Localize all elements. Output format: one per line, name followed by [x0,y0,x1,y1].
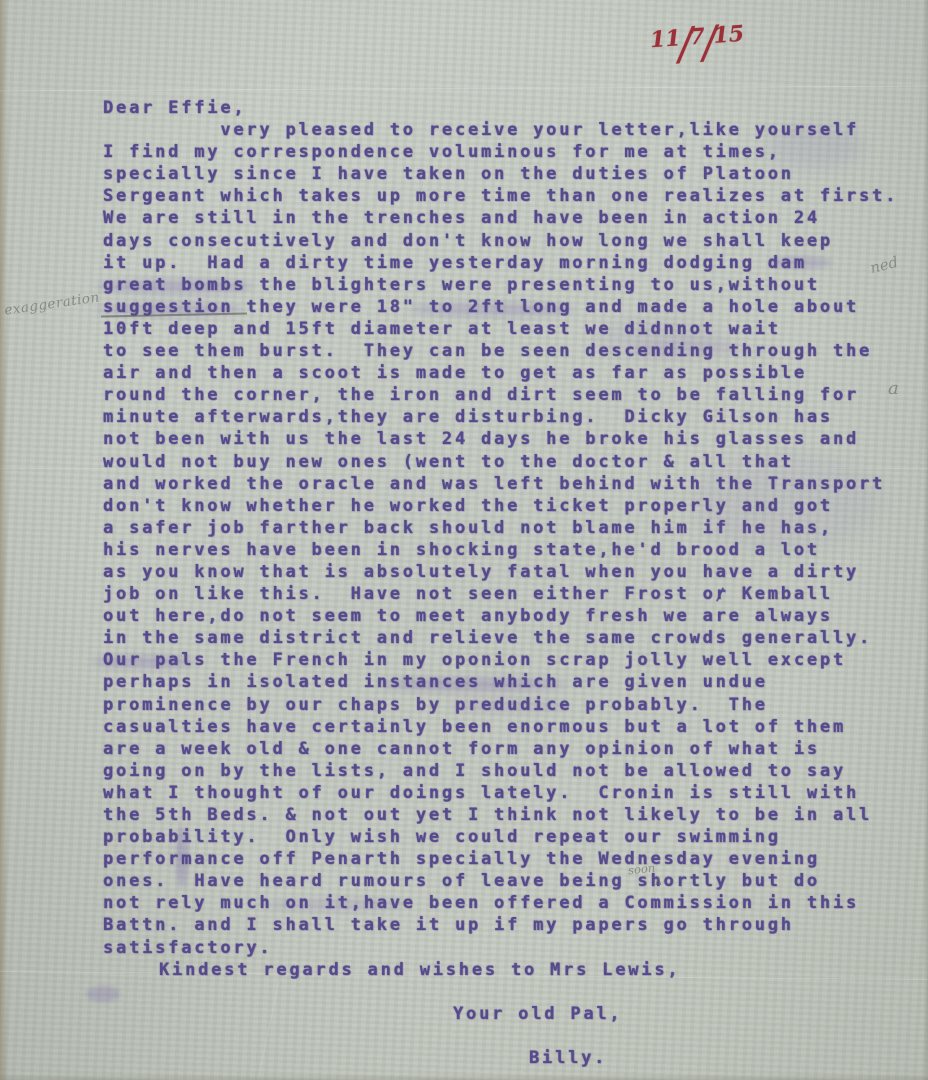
typed-line: great bombs the blighters were presentin… [103,274,898,296]
typed-line: prominence by our chaps by predudice pro… [103,694,898,716]
typed-line: a safer job farther back should not blam… [103,517,898,539]
typed-line: going on by the lists, and I should not … [103,760,898,782]
pencil-insertion-word: soon [627,861,655,878]
typed-line: We are still in the trenches and have be… [103,207,898,229]
typed-line: probability. Only wish we could repeat o… [103,826,898,848]
letter-page: 11/7/15 Dear Effie, very pleased to rece… [0,0,928,1080]
typed-line: not been with us the last 24 days he bro… [103,428,898,450]
letter-body: Dear Effie, very pleased to receive your… [103,97,898,1069]
typed-line: don't know whether he worked the ticket … [103,495,898,517]
typed-line: as you know that is absolutely fatal whe… [103,561,898,583]
typed-line: ones. Have heard rumours of leave being … [103,870,898,892]
typed-line: out here,do not seem to meet anybody fre… [103,605,898,627]
typed-line: what I thought of our doings lately. Cro… [103,782,898,804]
typed-line: days consecutively and don't know how lo… [103,230,898,252]
letter-paragraph: very pleased to receive your letter,like… [103,119,898,959]
typed-line: casualties have certainly been enormous … [103,716,898,738]
insertion-caret: ∧ [654,874,663,888]
pencil-inserted-a: a [888,378,899,399]
salutation: Dear Effie, [103,97,898,119]
typed-line: very pleased to receive your letter,like… [103,119,898,141]
typed-line: I find my correspondence voluminous for … [103,141,898,163]
signature: Billy. [529,1047,898,1069]
typed-line: and worked the oracle and was left behin… [103,473,898,495]
typed-line: satisfactory. [103,937,898,959]
typed-line: round the corner, the iron and dirt seem… [103,384,898,406]
typed-line: would not buy new ones (went to the doct… [103,451,898,473]
page-bottom-edge [0,1074,928,1080]
typed-line: perhaps in isolated instances which are … [103,671,898,693]
typed-line: job on like this. Have not seen either F… [103,583,898,605]
typed-line: minute afterwards,they are disturbing. D… [103,406,898,428]
closing-line: Kindest regards and wishes to Mrs Lewis, [159,959,898,981]
typed-line: it up. Had a dirty time yesterday mornin… [103,252,898,274]
paper-crease [0,86,928,92]
typed-line: not rely much on it,have been offered a … [103,892,898,914]
typed-line: to see them burst. They can be seen desc… [103,340,898,362]
typed-line: are a week old & one cannot form any opi… [103,738,898,760]
signoff-line: Your old Pal, [453,1003,898,1025]
page-right-edge [923,0,928,1080]
typed-line: in the same district and relieve the sam… [103,627,898,649]
typed-line: Our pals the French in my oponion scrap … [103,649,898,671]
handwritten-date: 11/7/15 [649,21,745,54]
pencil-margin-note: exaggeration [3,289,100,318]
typed-line: performance off Penarth specially the We… [103,848,898,870]
typed-line: his nerves have been in shocking state,h… [103,539,898,561]
typed-line: Battn. and I shall take it up if my pape… [103,914,898,936]
typed-line: air and then a scoot is made to get as f… [103,362,898,384]
typed-line: specially since I have taken on the duti… [103,163,898,185]
page-left-edge [0,0,9,1080]
date-number: 15 [713,21,745,49]
typed-line: the 5th Beds. & not out yet I think not … [103,804,898,826]
typed-line: Sergeant which takes up more time than o… [103,185,898,207]
typed-line: 10ft deep and 15ft diameter at least we … [103,318,898,340]
